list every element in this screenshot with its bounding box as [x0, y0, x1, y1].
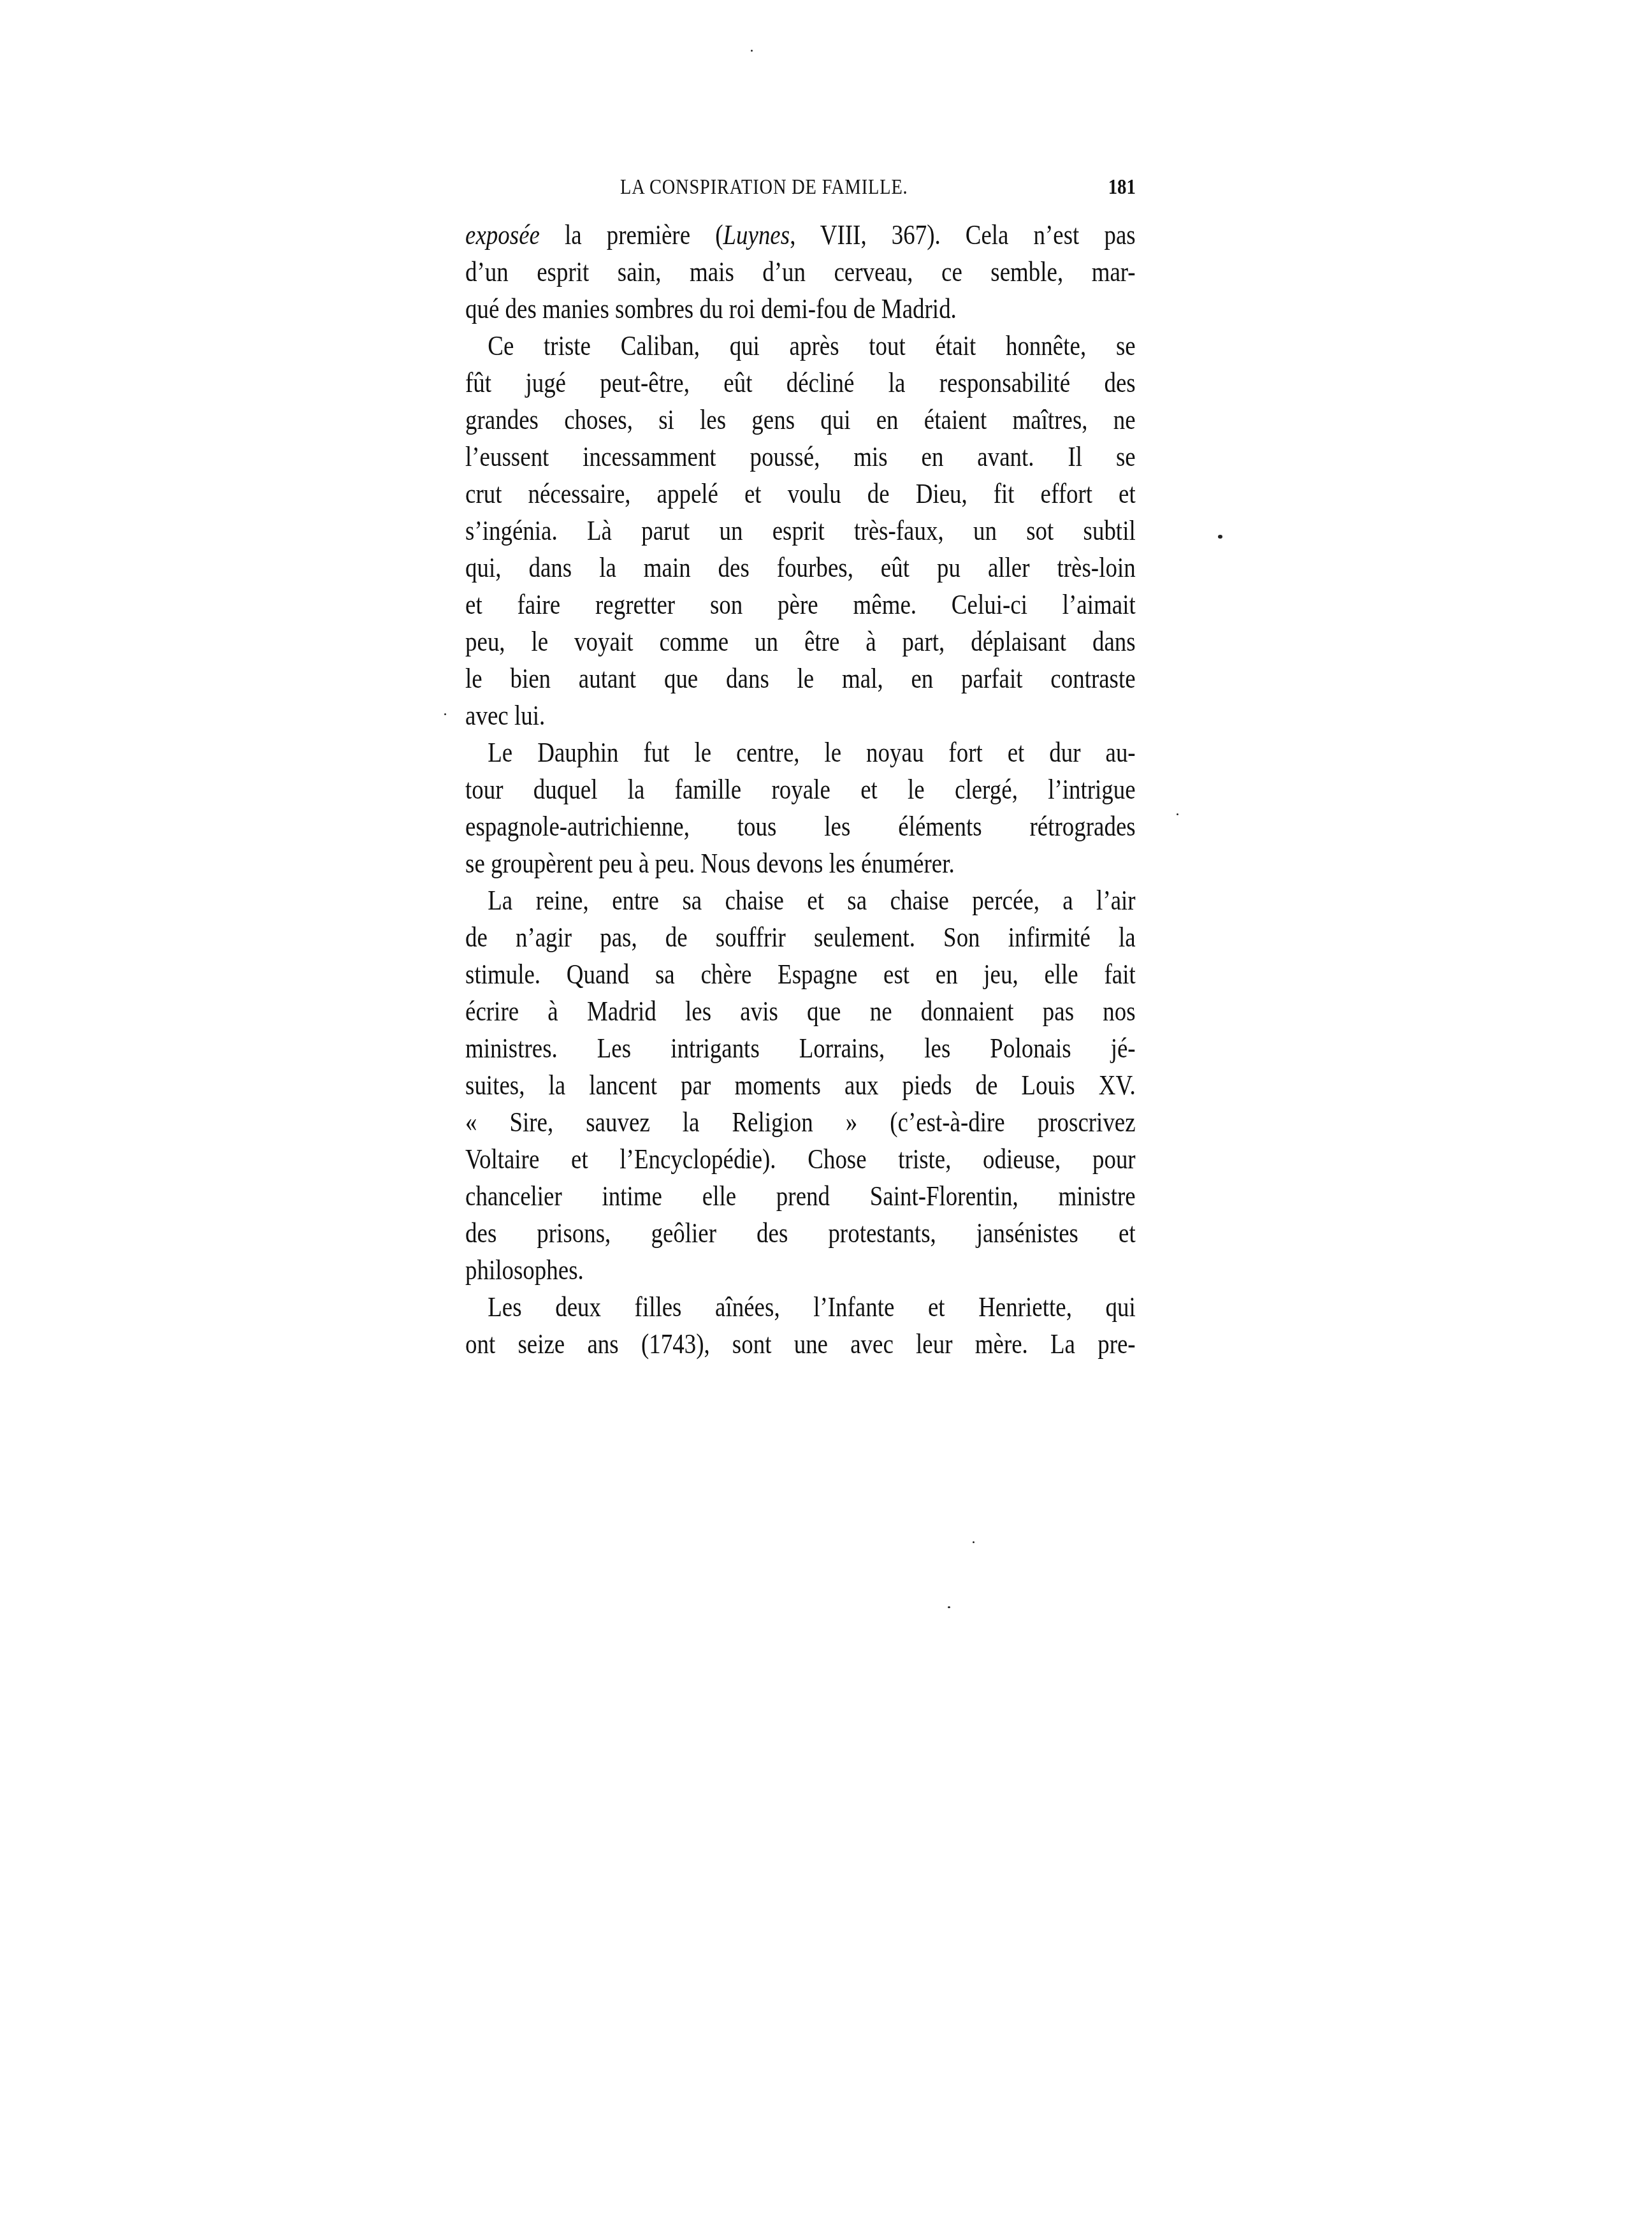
text-line: tour duquel la famille royale et le cler…	[465, 771, 1136, 808]
text-line-wrap: qué des manies sombres du roi demi-fou d…	[465, 291, 1136, 328]
text-line: peu, le voyait comme un être à part, dép…	[465, 623, 1136, 660]
text-line-wrap: qui, dans la main des fourbes, eût pu al…	[465, 549, 1136, 586]
text-line-wrap: Les deux filles aînées, l’Infante et Hen…	[465, 1289, 1136, 1326]
scan-speck	[751, 50, 753, 52]
text-line-content: des prisons, geôlier des protestants, ja…	[465, 1215, 1136, 1252]
text-line-content: crut nécessaire, appelé et voulu de Dieu…	[465, 476, 1136, 512]
text-line: fût jugé peut-être, eût décliné la respo…	[465, 365, 1136, 402]
text-line-content: Le Dauphin fut le centre, le noyau fort …	[465, 734, 1136, 771]
text-line-wrap: se groupèrent peu à peu. Nous devons les…	[465, 845, 1136, 882]
text-line-wrap: ont seize ans (1743), sont une avec leur…	[465, 1326, 1136, 1363]
text-line-wrap: espagnole-autrichienne, tous les élément…	[465, 808, 1136, 845]
text-line: grandes choses, si les gens qui en étaie…	[465, 402, 1136, 439]
running-title: LA CONSPIRATION DE FAMILLE.	[620, 173, 908, 201]
scan-speck	[1177, 813, 1178, 815]
text-line-content: se groupèrent peu à peu. Nous devons les…	[465, 845, 1136, 882]
text-line-wrap: philosophes.	[465, 1252, 1136, 1289]
text-line: des prisons, geôlier des protestants, ja…	[465, 1215, 1136, 1252]
text-run: , VIII, 367). Cela n’est pas	[790, 219, 1136, 250]
text-line-content: La reine, entre sa chaise et sa chaise p…	[465, 882, 1136, 919]
text-line-wrap: peu, le voyait comme un être à part, dép…	[465, 623, 1136, 660]
text-line-content: avec lui.	[465, 697, 1136, 734]
text-line-content: Voltaire et l’Encyclopédie). Chose trist…	[465, 1141, 1136, 1178]
text-line: « Sire, sauvez la Religion » (c’est-à-di…	[465, 1104, 1136, 1141]
text-line-wrap: La reine, entre sa chaise et sa chaise p…	[465, 882, 1136, 919]
text-line: suites, la lancent par moments aux pieds…	[465, 1067, 1136, 1104]
text-line-content: grandes choses, si les gens qui en étaie…	[465, 402, 1136, 439]
page-number: 181	[1108, 173, 1136, 201]
text-line: philosophes.	[465, 1252, 1136, 1289]
text-line-wrap: grandes choses, si les gens qui en étaie…	[465, 402, 1136, 439]
body-text: exposée la première (Luynes, VIII, 367).…	[465, 217, 1136, 1363]
text-line-content: ont seize ans (1743), sont une avec leur…	[465, 1326, 1136, 1363]
text-line: crut nécessaire, appelé et voulu de Dieu…	[465, 476, 1136, 512]
text-line-wrap: Le Dauphin fut le centre, le noyau fort …	[465, 734, 1136, 771]
text-line-content: chancelier intime elle prend Saint-Flore…	[465, 1178, 1136, 1215]
text-line-wrap: et faire regretter son père même. Celui-…	[465, 586, 1136, 623]
text-line: l’eussent incessamment poussé, mis en av…	[465, 439, 1136, 476]
text-line: le bien autant que dans le mal, en parfa…	[465, 660, 1136, 697]
text-line-content: et faire regretter son père même. Celui-…	[465, 586, 1136, 623]
text-line-wrap: le bien autant que dans le mal, en parfa…	[465, 660, 1136, 697]
italic-text: exposée	[465, 219, 540, 250]
text-line: s’ingénia. Là parut un esprit très-faux,…	[465, 512, 1136, 549]
text-line: espagnole-autrichienne, tous les élément…	[465, 808, 1136, 845]
text-line-content: le bien autant que dans le mal, en parfa…	[465, 660, 1136, 697]
text-line-wrap: Ce triste Caliban, qui après tout était …	[465, 328, 1136, 365]
text-line-content: écrire à Madrid les avis que ne donnaien…	[465, 993, 1136, 1030]
text-line-wrap: crut nécessaire, appelé et voulu de Dieu…	[465, 476, 1136, 512]
text-line-wrap: d’un esprit sain, mais d’un cerveau, ce …	[465, 254, 1136, 291]
text-line: stimule. Quand sa chère Espagne est en j…	[465, 956, 1136, 993]
text-line: écrire à Madrid les avis que ne donnaien…	[465, 993, 1136, 1030]
text-line-content: stimule. Quand sa chère Espagne est en j…	[465, 956, 1136, 993]
text-line-wrap: s’ingénia. Là parut un esprit très-faux,…	[465, 512, 1136, 549]
text-run: la première (	[540, 219, 723, 250]
text-line: se groupèrent peu à peu. Nous devons les…	[465, 845, 1136, 882]
book-page: LA CONSPIRATION DE FAMILLE. 181 exposée …	[0, 0, 1652, 2236]
text-line: chancelier intime elle prend Saint-Flore…	[465, 1178, 1136, 1215]
text-line-content: peu, le voyait comme un être à part, dép…	[465, 623, 1136, 660]
scan-speck	[973, 1541, 975, 1543]
text-line-content: s’ingénia. Là parut un esprit très-faux,…	[465, 512, 1136, 549]
text-line-wrap: ministres. Les intrigants Lorrains, les …	[465, 1030, 1136, 1067]
text-line-content: d’un esprit sain, mais d’un cerveau, ce …	[465, 254, 1136, 291]
text-line-content: Ce triste Caliban, qui après tout était …	[465, 328, 1136, 365]
text-line-wrap: exposée la première (Luynes, VIII, 367).…	[465, 217, 1136, 254]
text-line-content: fût jugé peut-être, eût décliné la respo…	[465, 365, 1136, 402]
text-line-wrap: des prisons, geôlier des protestants, ja…	[465, 1215, 1136, 1252]
text-line-content: qué des manies sombres du roi demi-fou d…	[465, 291, 1136, 328]
text-line-wrap: Voltaire et l’Encyclopédie). Chose trist…	[465, 1141, 1136, 1178]
scan-speck	[1218, 535, 1222, 539]
text-line: qui, dans la main des fourbes, eût pu al…	[465, 549, 1136, 586]
scan-speck	[948, 1606, 950, 1608]
text-line: ministres. Les intrigants Lorrains, les …	[465, 1030, 1136, 1067]
text-line: ont seize ans (1743), sont une avec leur…	[465, 1326, 1136, 1363]
text-line: de n’agir pas, de souffrir seulement. So…	[465, 919, 1136, 956]
text-line: et faire regretter son père même. Celui-…	[465, 586, 1136, 623]
text-line-wrap: suites, la lancent par moments aux pieds…	[465, 1067, 1136, 1104]
text-line: qué des manies sombres du roi demi-fou d…	[465, 291, 1136, 328]
running-head: LA CONSPIRATION DE FAMILLE. 181	[465, 173, 1136, 201]
text-line-wrap: écrire à Madrid les avis que ne donnaien…	[465, 993, 1136, 1030]
text-line: Les deux filles aînées, l’Infante et Hen…	[465, 1289, 1136, 1326]
text-line-content: de n’agir pas, de souffrir seulement. So…	[465, 919, 1136, 956]
text-line-content: tour duquel la famille royale et le cler…	[465, 771, 1136, 808]
text-line: Ce triste Caliban, qui après tout était …	[465, 328, 1136, 365]
scan-speck	[444, 713, 446, 715]
text-line-content: exposée la première (Luynes, VIII, 367).…	[465, 217, 1136, 254]
text-line: d’un esprit sain, mais d’un cerveau, ce …	[465, 254, 1136, 291]
text-line: avec lui.	[465, 697, 1136, 734]
text-line-content: qui, dans la main des fourbes, eût pu al…	[465, 549, 1136, 586]
text-line: Voltaire et l’Encyclopédie). Chose trist…	[465, 1141, 1136, 1178]
text-line-content: « Sire, sauvez la Religion » (c’est-à-di…	[465, 1104, 1136, 1141]
text-line-wrap: avec lui.	[465, 697, 1136, 734]
italic-text: Luynes	[723, 219, 790, 250]
text-line-wrap: tour duquel la famille royale et le cler…	[465, 771, 1136, 808]
text-line-content: ministres. Les intrigants Lorrains, les …	[465, 1030, 1136, 1067]
text-line: Le Dauphin fut le centre, le noyau fort …	[465, 734, 1136, 771]
text-line-wrap: « Sire, sauvez la Religion » (c’est-à-di…	[465, 1104, 1136, 1141]
text-line: exposée la première (Luynes, VIII, 367).…	[465, 217, 1136, 254]
text-line-wrap: fût jugé peut-être, eût décliné la respo…	[465, 365, 1136, 402]
text-line-wrap: stimule. Quand sa chère Espagne est en j…	[465, 956, 1136, 993]
text-line-content: Les deux filles aînées, l’Infante et Hen…	[465, 1289, 1136, 1326]
text-line-wrap: chancelier intime elle prend Saint-Flore…	[465, 1178, 1136, 1215]
text-line-content: suites, la lancent par moments aux pieds…	[465, 1067, 1136, 1104]
text-line-content: philosophes.	[465, 1252, 1136, 1289]
text-line-content: l’eussent incessamment poussé, mis en av…	[465, 439, 1136, 476]
text-line: La reine, entre sa chaise et sa chaise p…	[465, 882, 1136, 919]
text-line-wrap: l’eussent incessamment poussé, mis en av…	[465, 439, 1136, 476]
text-line-content: espagnole-autrichienne, tous les élément…	[465, 808, 1136, 845]
text-line-wrap: de n’agir pas, de souffrir seulement. So…	[465, 919, 1136, 956]
